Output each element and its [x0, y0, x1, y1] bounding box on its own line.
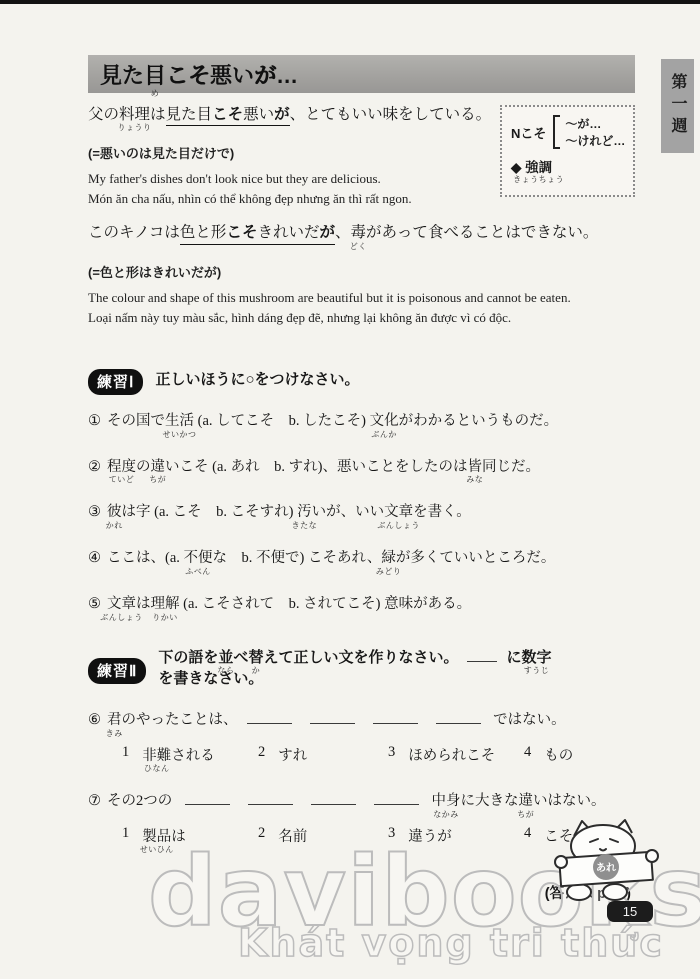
question-3-text: 彼かれは字 (a. こそ b. こそすれ) 汚きたないが、いい文章ぶんしょうを書… [107, 504, 471, 520]
example-2-english: The colour and shape of this mushroom ar… [88, 290, 635, 306]
question-3-number: ③ [88, 504, 101, 520]
choice-6-1: 1非難ひなんされる [122, 744, 258, 765]
page-top-edge [0, 0, 700, 4]
question-5-text: 文章ぶんしょうは理解りかい (a. こそされて b. されてこそ) 意味がある。 [107, 596, 471, 612]
question-1-number: ① [88, 413, 101, 429]
grammar-meaning: ◆ 強調きょうちょう [511, 156, 627, 185]
question-6-number: ⑥ [88, 712, 101, 728]
question-4-number: ④ [88, 550, 101, 566]
question-4: ④ここは、(a. 不便ふべんな b. 不便で) こそあれ、緑みどりが多くていいと… [88, 549, 635, 580]
question-2-number: ② [88, 459, 101, 475]
grammar-forms: 〜が… 〜けれど… [565, 115, 625, 149]
exercise-1-header: 練習Ⅰ 正しいほうに○をつけなさい。 [88, 368, 635, 397]
question-7-number: ⑦ [88, 793, 101, 809]
exercise-1-instruction: 正しいほうに○をつけなさい。 [155, 368, 359, 397]
grammar-pattern-row: Nこそ 〜が… 〜けれど… [511, 115, 627, 149]
page-number-badge: 15 [607, 901, 653, 922]
page-number: 15 [623, 904, 637, 919]
question-1-text: その国で生活せいかつ (a. してこそ b. したこそ) 文化ぶんかがわかるとい… [107, 413, 558, 429]
page-content: 見た目めこそ悪いが… Nこそ 〜が… 〜けれど… ◆ 強調きょうちょう 父の料理… [88, 55, 635, 903]
exercise-2-badge: 練習Ⅱ [88, 658, 146, 684]
question-2-text: 程度ていどの違ちがいこそ (a. あれ b. すれ)、悪いことをしたのは皆みな同… [107, 459, 540, 475]
choice-6-3: 3ほめられこそ [388, 744, 524, 765]
watermark-subtitle: Khát vọng tri thức [238, 921, 664, 965]
question-6-text: 君きみのやったことは、 ではない。 [107, 712, 566, 728]
lesson-title: 見た目めこそ悪いが… [100, 59, 298, 90]
question-6-choices: 1非難ひなんされる 2すれ 3ほめられこそ 4もの [88, 744, 635, 777]
grammar-form-1: 〜が… [565, 115, 625, 132]
question-5-number: ⑤ [88, 596, 101, 612]
choice-6-2-number: 2 [258, 744, 265, 765]
cat-sign-text: あれ [596, 862, 617, 874]
choice-6-2-text: すれ [278, 744, 307, 765]
cat-mascot-svg: あれ [552, 818, 666, 904]
week-tab-label: 第一週 [666, 73, 689, 139]
scanned-textbook-page: { "page": { "tab": "第一週", "page_number":… [0, 0, 700, 979]
grammar-pattern-box: Nこそ 〜が… 〜けれど… ◆ 強調きょうちょう [500, 105, 635, 197]
choice-7-1-number: 1 [122, 825, 129, 846]
choice-6-4: 4もの [524, 744, 573, 765]
question-4-text: ここは、(a. 不便ふべんな b. 不便で) こそあれ、緑みどりが多くていいとこ… [107, 550, 555, 566]
choice-6-4-text: もの [544, 744, 573, 765]
week-tab: 第一週 [661, 59, 694, 153]
example-2-vietnamese: Loại nấm này tuy màu sắc, hình dáng đẹp … [88, 310, 635, 326]
exercise-2-instruction: 下の語を並ならべ替かえて正しい文を作りなさい。に数字すうじを書きなさい。 [158, 646, 635, 696]
grammar-pattern: Nこそ [511, 123, 546, 142]
question-1: ①その国で生活せいかつ (a. してこそ b. したこそ) 文化ぶんかがわかると… [88, 412, 635, 443]
question-5: ⑤文章ぶんしょうは理解りかい (a. こそされて b. されてこそ) 意味がある… [88, 595, 635, 626]
question-6: ⑥君きみのやったことは、 ではない。 [88, 711, 635, 742]
question-3: ③彼かれは字 (a. こそ b. こそすれ) 汚きたないが、いい文章ぶんしょうを… [88, 503, 635, 534]
question-7-text: その2つの 中身なかみに大きな違ちがいはない。 [107, 793, 606, 809]
cat-mascot-illustration: あれ [552, 818, 666, 909]
example-2-japanese: このキノコは色と形こそきれいだが、毒どくがあって食べることはできない。 [88, 223, 635, 252]
question-2: ②程度ていどの違ちがいこそ (a. あれ b. すれ)、悪いことをしたのは皆みな… [88, 458, 635, 489]
choice-6-1-text: 非難ひなんされる [142, 744, 215, 765]
choice-6-1-number: 1 [122, 744, 129, 765]
grammar-form-2: 〜けれど… [565, 132, 625, 149]
example-sentence-2: このキノコは色と形こそきれいだが、毒どくがあって食べることはできない。 (=色と… [88, 223, 635, 325]
bracket-shape [553, 115, 560, 149]
choice-6-4-number: 4 [524, 744, 531, 765]
example-2-paraphrase: (=色と形はきれいだが) [88, 262, 635, 281]
exercise-2-header: 練習Ⅱ 下の語を並ならべ替かえて正しい文を作りなさい。に数字すうじを書きなさい。 [88, 646, 635, 696]
choice-6-3-text: ほめられこそ [408, 744, 495, 765]
exercise-1-badge: 練習Ⅰ [88, 369, 143, 395]
lesson-title-bar: 見た目めこそ悪いが… [88, 55, 635, 93]
choice-6-2: 2すれ [258, 744, 388, 765]
choice-6-3-number: 3 [388, 744, 395, 765]
